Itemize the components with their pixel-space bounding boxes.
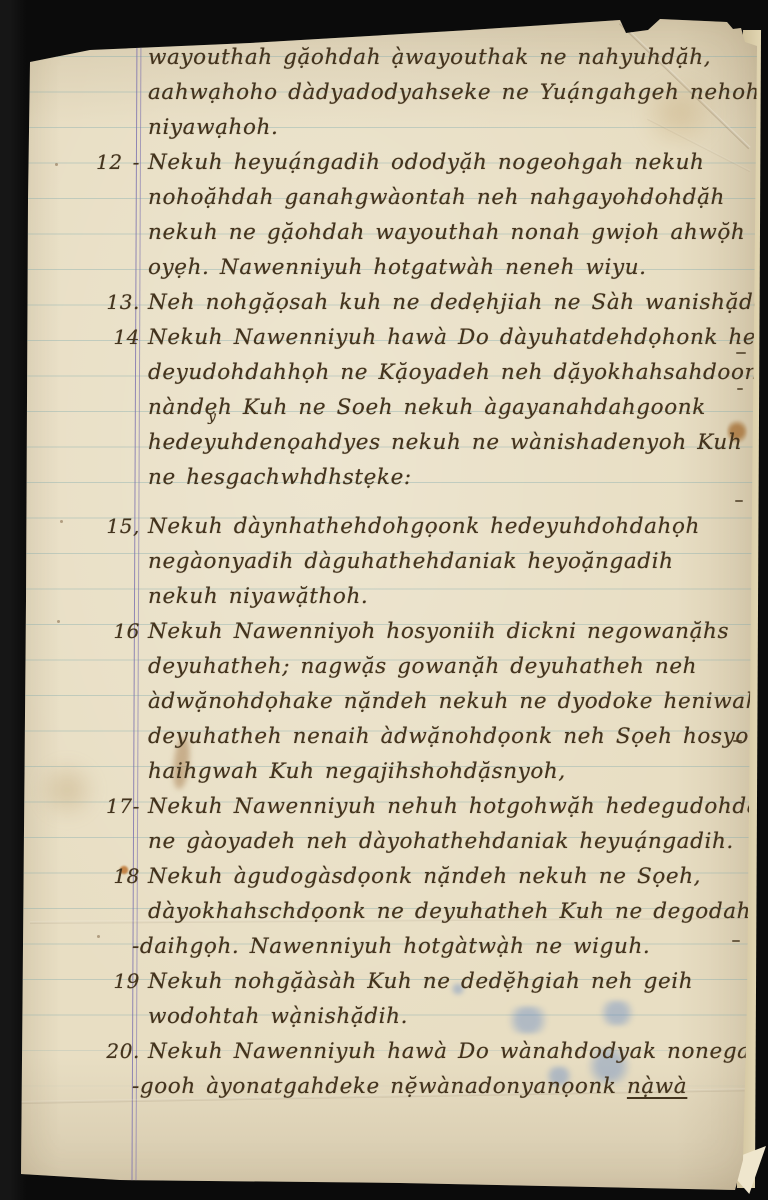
paper-speck: [57, 620, 60, 623]
manuscript-line: wodohtah wạ̀nishặdih.: [148, 999, 760, 1034]
manuscript-line: negàonyadih dàguhathehdaniak heyoặngadih: [148, 544, 760, 579]
manuscript-line: deyuhatheh; nagwặs gowanặh deyuhatheh ne…: [148, 649, 760, 684]
manuscript-line: 20.Nekuh Nawenniyuh hawà Do wànahdodyak …: [148, 1034, 760, 1069]
paper-speck: [55, 163, 58, 166]
paragraph-number: 15,: [82, 509, 140, 544]
manuscript-line: nekuh ne gặohdah wayouthah nonah gwịoh a…: [148, 215, 760, 250]
manuscript-line: yhedeyuhdenǫahdyes nekuh ne wànishadenyo…: [148, 425, 760, 460]
manuscript-line: 19Nekuh nohgặàsàh Kuh ne dedẹ̆hgiah neh …: [148, 964, 760, 999]
manuscript-line: 12 -Nekuh heyuạ́ngadih ododyặh nogeohgah…: [148, 145, 760, 180]
manuscript-line: deyuhatheh nenaih àdwặnohdọonk neh Sọeh …: [148, 719, 760, 754]
manuscript-line: 16Nekuh Nawenniyoh hosyoniih dickni nego…: [148, 614, 760, 649]
manuscript-line: dàyokhahschdọonk ne deyuhatheh Kuh ne de…: [148, 894, 760, 929]
manuscript-line: 13.Neh nohgặọsah kuh ne dedẹhjiah ne Sàh…: [148, 285, 760, 320]
paragraph-number: 16: [82, 614, 140, 649]
manuscript-line: aahwạhoho dàdyadodyahseke ne Yuạ́ngahgeh…: [148, 75, 760, 110]
manuscript-line: nàndeh Kuh ne Soeh nekuh àgayanahdahgoon…: [148, 390, 760, 425]
manuscript-line: haihgwah Kuh negajihshohdặsnyoh,: [148, 754, 760, 789]
paragraph-number: 17-: [82, 789, 140, 824]
manuscript-line: 17-Nekuh Nawenniyuh nehuh hotgohwặh hede…: [148, 789, 760, 824]
inserted-letter: y: [208, 410, 217, 424]
paper-speck: [97, 935, 100, 938]
paragraph-number: 14: [82, 320, 140, 355]
manuscript-line: niyawạhoh.: [148, 110, 760, 145]
underlined-word: nạ̀wà: [627, 1074, 687, 1099]
manuscript-line: nekuh niyawặthoh.: [148, 579, 760, 614]
manuscript-line: ne hesgachwhdhstẹke:: [148, 460, 760, 495]
manuscript-line: àdwặnohdọhake nặndeh nekuh ne dyodoke he…: [148, 684, 760, 719]
paragraph-number: 12 -: [82, 145, 140, 180]
manuscript-line: 18Nekuh àgudogàsdọonk nặndeh nekuh ne Sọ…: [148, 859, 760, 894]
manuscript-line: -daihgọh. Nawenniyuh hotgàtwạ̀h ne wiguh…: [132, 929, 760, 964]
paragraph-number: 20.: [82, 1034, 140, 1069]
manuscript-line: wayouthah gặohdah ạ̀wayouthak ne nahyuhd…: [148, 40, 760, 75]
manuscript-line: deyudohdahhọh ne Kặoyadeh neh dặyokhahsa…: [148, 355, 760, 390]
paragraph-number: 18: [82, 859, 140, 894]
paper-speck: [60, 520, 63, 523]
manuscript-line: oyẹh. Nawenniyuh hotgatwàh neneh wiyu.: [148, 250, 760, 285]
paragraph-number: 13.: [82, 285, 140, 320]
paragraph-number: 19: [82, 964, 140, 999]
manuscript-text-block: wayouthah gặohdah ạ̀wayouthak ne nahyuhd…: [148, 40, 760, 1104]
manuscript-line: nohoặhdah ganahgwàontah neh nahgayohdohd…: [148, 180, 760, 215]
manuscript-page: wayouthah gặohdah ạ̀wayouthak ne nahyuhd…: [0, 0, 768, 1200]
manuscript-line: ne gàoyadeh neh dàyohathehdaniak heyuạ́n…: [148, 824, 760, 859]
manuscript-line: 14Nekuh Nawenniyuh hawà Do dàyuhatdehdọh…: [148, 320, 760, 355]
manuscript-line: -gooh àyonatgahdeke nẹ̆wànadonyanọonk nạ…: [132, 1069, 760, 1104]
manuscript-line: 15,Nekuh dàynhathehdohgọonk hedeyuhdohda…: [148, 509, 760, 544]
